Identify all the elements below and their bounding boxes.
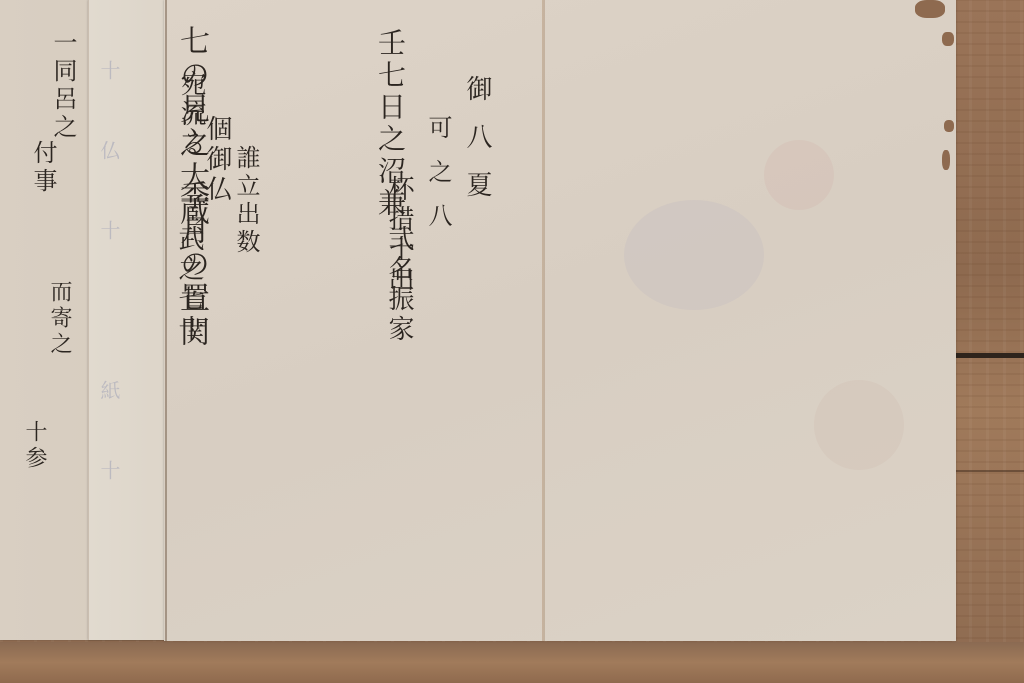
- document-fold-strip: 十仏十 紙十: [88, 0, 167, 640]
- main-text-column: 宛流る: [178, 70, 204, 160]
- paper-stain: [624, 200, 764, 310]
- main-text-column: 武之七十: [176, 225, 202, 345]
- main-text-column: 可之八: [426, 115, 450, 247]
- left-fold-edge: [165, 0, 167, 641]
- left-column-text: 一同呂之: [51, 30, 75, 142]
- paper-stain: [814, 380, 904, 470]
- paper-stain: [764, 140, 834, 210]
- document-main-sheet: 壬七日之沼兼 御八夏 可之八 杯措十出 弐名振家 七の見之大蔵 宛流る 個御仏 …: [164, 0, 956, 641]
- wooden-surface-bottom: [0, 642, 1024, 683]
- torn-edge: [944, 120, 954, 132]
- faint-text: 紙十: [99, 380, 119, 540]
- torn-edge: [915, 0, 945, 18]
- left-column-text: 付事: [31, 140, 55, 196]
- torn-edge: [942, 150, 950, 170]
- torn-edge: [942, 32, 954, 46]
- main-text-column: 誰立出数: [234, 145, 258, 257]
- left-column-text: 而寄之: [48, 280, 70, 358]
- faint-text: 十仏十: [99, 60, 119, 300]
- left-column-text: 十参: [23, 420, 45, 472]
- main-text-column: 御八夏: [464, 75, 490, 219]
- center-fold-crease: [542, 0, 545, 641]
- plank-grain-line: [955, 470, 1024, 472]
- plank-seam: [955, 353, 1024, 358]
- main-text-column: 弐名振家: [386, 225, 412, 345]
